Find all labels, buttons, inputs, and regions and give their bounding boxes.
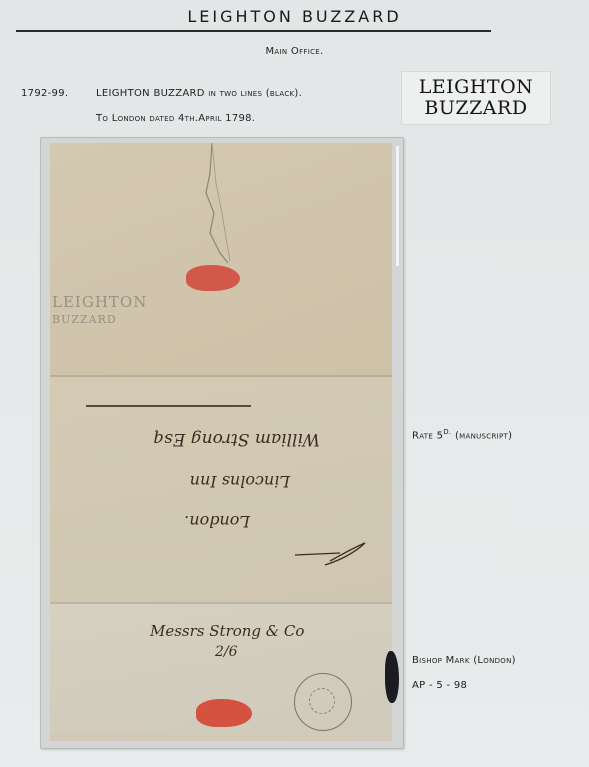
- address-line-inn: Lincolns Inn: [190, 472, 290, 491]
- faint-handstamp: LEIGHTON BUZZARD: [52, 293, 147, 329]
- letter-panel-top: LEIGHTON BUZZARD: [50, 143, 392, 377]
- handstamp-replica-line2: BUZZARD: [402, 98, 550, 119]
- entry-description-line2: To London dated 4th.April 1798.: [96, 113, 255, 124]
- bishop-mark-annotation: Bishop Mark (London): [412, 655, 516, 666]
- address-line-city: London.: [184, 512, 250, 531]
- paper-tear-icon: [200, 143, 240, 268]
- address-line-name: William Strong Esq: [153, 429, 320, 449]
- wax-seal-top: [186, 265, 240, 291]
- handstamp-replica-line1: LEIGHTON: [402, 77, 550, 98]
- entry-date-range: 1792-99.: [21, 88, 68, 99]
- docket-text: Messrs Strong & Co: [150, 622, 304, 640]
- handstamp-replica: LEIGHTON BUZZARD: [402, 72, 550, 124]
- title-rule: [16, 30, 491, 32]
- sleeve-glare: [396, 146, 399, 266]
- rate-annotation: Rate 5D. (manuscript): [412, 428, 512, 441]
- docket-rate: 2/6: [215, 644, 238, 660]
- entry-description-line1: LEIGHTON BUZZARD in two lines (black).: [96, 88, 302, 99]
- ink-blot: [385, 651, 399, 703]
- page-title: LEIGHTON BUZZARD: [0, 7, 589, 26]
- address-block: William Strong Esq Lincolns Inn London.: [90, 399, 350, 549]
- address-underline: [86, 405, 251, 407]
- letter-panel-address: William Strong Esq Lincolns Inn London.: [50, 377, 392, 604]
- bishop-mark-postmark: [294, 673, 352, 731]
- folded-letter: LEIGHTON BUZZARD William Strong Esq Linc…: [50, 143, 392, 741]
- page-subtitle: Main Office.: [0, 46, 589, 57]
- bishop-mark-date: AP - 5 - 98: [412, 680, 467, 691]
- rate-manuscript-mark: [290, 537, 370, 577]
- wax-seal-bottom: [196, 699, 252, 727]
